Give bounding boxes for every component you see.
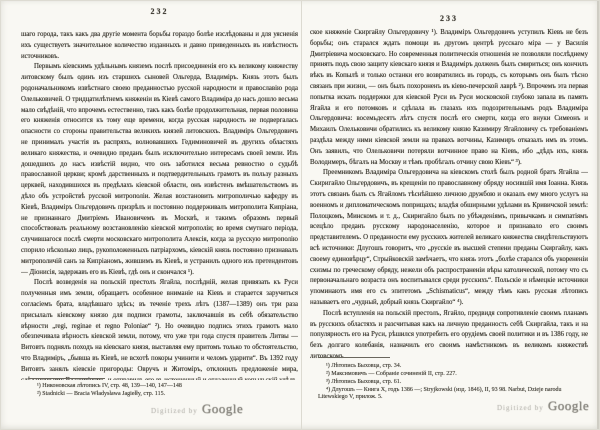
scan-right-edge — [597, 1, 599, 430]
paragraph: шаго города, такъ какъ два другіе момент… — [21, 30, 298, 62]
paragraph: Преемникомъ Владиміра Ольгердовича на кі… — [310, 168, 588, 308]
footnote: ¹) Никоновская лѣтопись IV, стр. 48, 139… — [29, 383, 295, 390]
footnote: ¹) Лѣтопись Быховца, стр. 34. — [318, 363, 586, 370]
paragraph: Послѣ вступленія на польскій престолъ, Я… — [310, 309, 588, 359]
google-watermark: Digitized byGoogle — [497, 397, 589, 415]
page-left-text: шаго города, такъ какъ два другіе момент… — [21, 30, 298, 380]
digitized-by-text: Digitized by — [497, 404, 544, 412]
page-gutter-line — [301, 1, 302, 430]
paragraph: ское княженіе Скиргайлу Ольгердовичу ¹).… — [310, 28, 588, 168]
book-scan: 232 шаго города, такъ какъ два другіе мо… — [0, 0, 600, 430]
footnote: ²) Stadnicki — Bracia Władysława Jagiełł… — [29, 391, 295, 398]
page-left-footnotes: ¹) Никоновская лѣтопись IV, стр. 48, 139… — [29, 383, 295, 399]
footnote-divider-right — [318, 357, 390, 358]
paragraph: Послѣ возведенія на польскій престолъ Яг… — [21, 278, 298, 380]
paragraph: Первымъ кіевскимъ удѣльнымъ княземъ посл… — [21, 62, 298, 278]
footnote: ³) Лѣтопись Быховца, стр. 61. — [318, 379, 586, 386]
google-logo-text: Google — [548, 398, 589, 413]
google-logo-text: Google — [202, 401, 243, 416]
footnote: ²) Максимовичъ — Собраніе сочиненій II, … — [318, 371, 586, 378]
digitized-by-text: Digitized by — [151, 407, 198, 415]
page-right-text: ское княженіе Скиргайлу Ольгердовичу ¹).… — [310, 28, 588, 359]
page-number-right: 233 — [310, 14, 588, 23]
footnote-divider-left — [29, 378, 105, 379]
google-watermark: Digitized byGoogle — [151, 400, 243, 418]
page-number-left: 232 — [21, 7, 298, 16]
